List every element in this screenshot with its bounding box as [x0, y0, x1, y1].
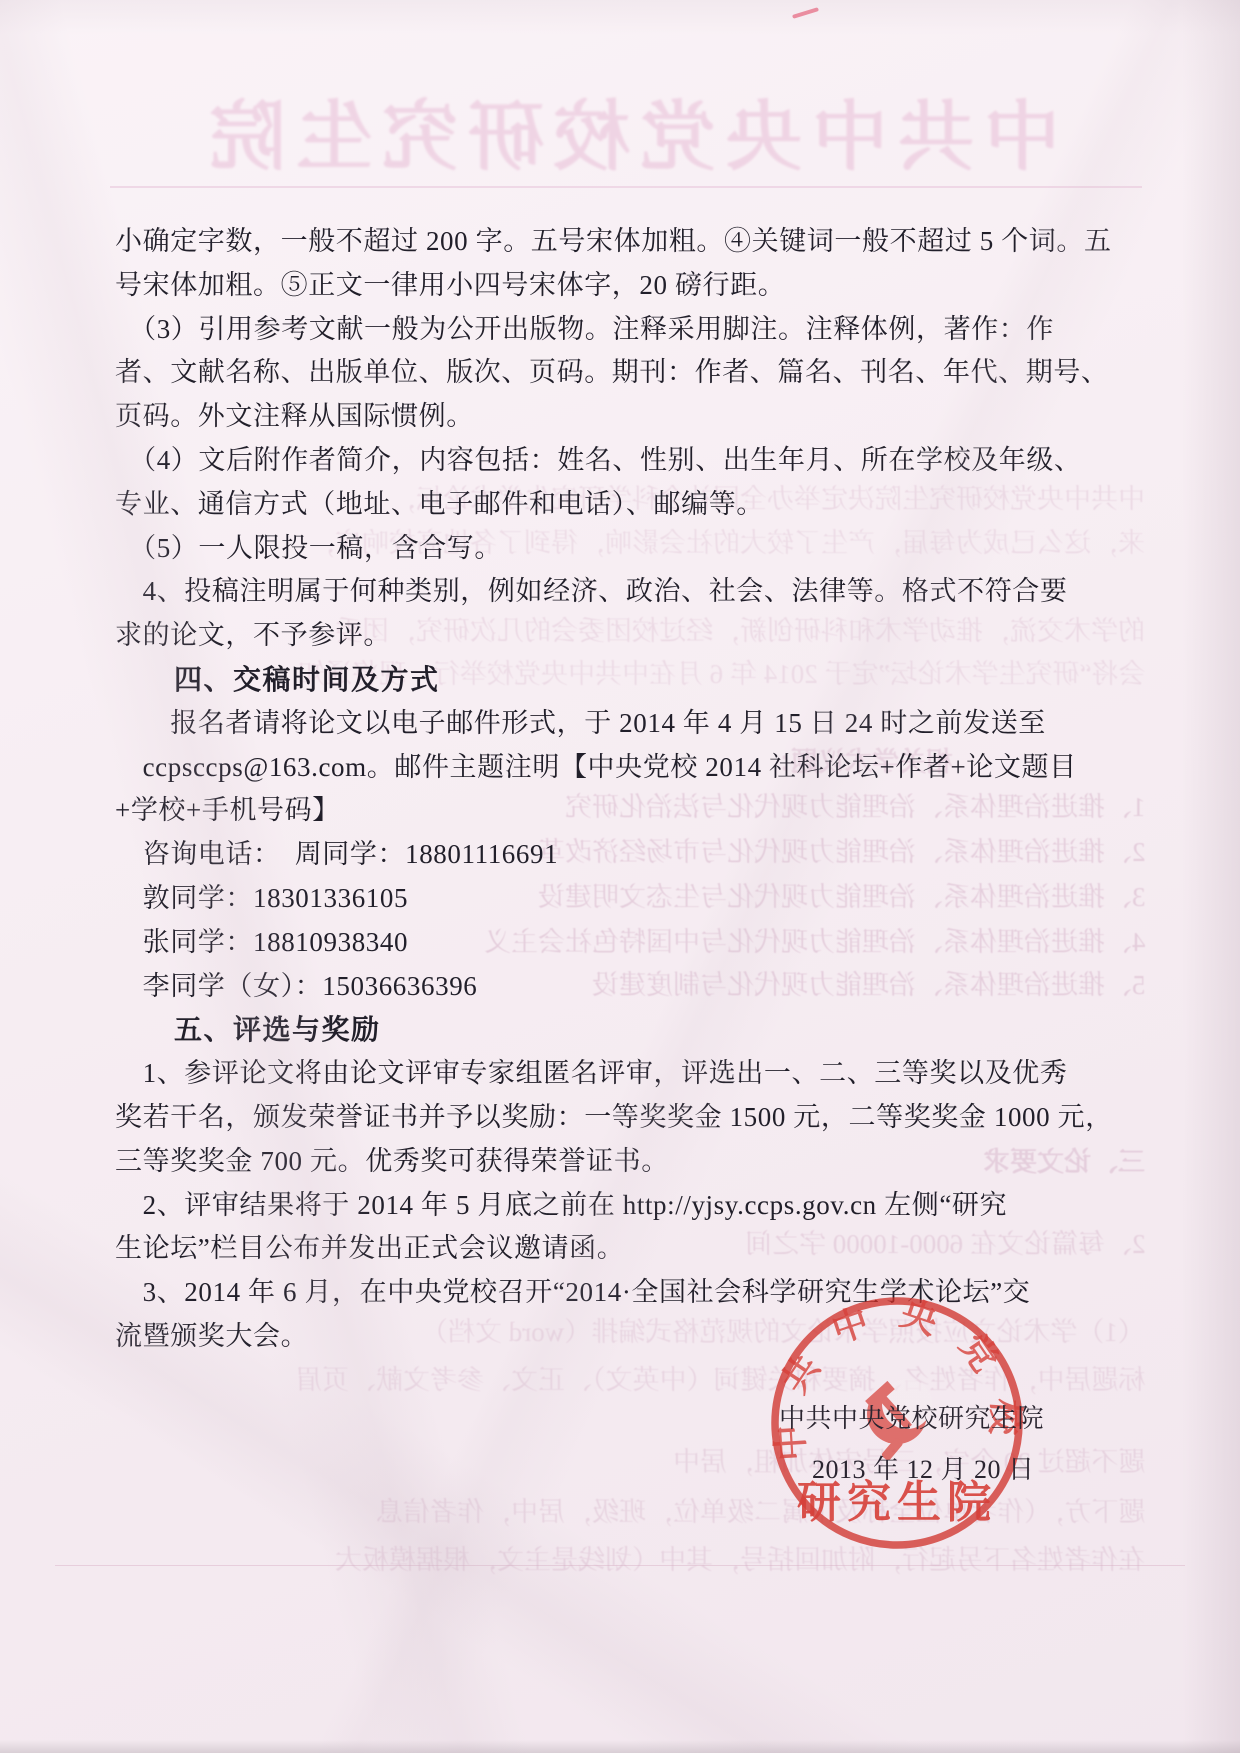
- bleedthrough-letterhead: 中共中央党校研究生院: [160, 76, 1060, 185]
- text-line: 生论坛”栏目公布并发出正式会议邀请函。: [115, 1227, 1125, 1271]
- text-line: 2、评审结果将于 2014 年 5 月底之前在 http://yjsy.ccps…: [115, 1184, 1125, 1228]
- section-heading-line: 四、交稿时间及方式: [115, 658, 1125, 702]
- text-line: （3）引用参考文献一般为公开出版物。注释采用脚注。注释体例，著作：作: [115, 308, 1125, 352]
- text-line: 敦同学：18301336105: [115, 877, 1125, 921]
- text-line: 专业、通信方式（地址、电子邮件和电话）、邮编等。: [115, 483, 1125, 527]
- signature-organization: 中共中央党校研究生院: [779, 1398, 1044, 1435]
- text-line: 张同学：18810938340: [115, 921, 1125, 965]
- text-line: 求的论文，不予参评。: [115, 614, 1125, 658]
- text-line: 报名者请将论文以电子邮件形式，于 2014 年 4 月 15 日 24 时之前发…: [115, 702, 1125, 746]
- text-line: 4、投稿注明属于何种类别，例如经济、政治、社会、法律等。格式不符合要: [115, 570, 1125, 614]
- text-line: 者、文献名称、出版单位、版次、页码。期刊：作者、篇名、刊名、年代、期号、: [115, 351, 1125, 395]
- signature-date: 2013 年 12 月 20 日: [812, 1449, 1035, 1486]
- text-line: +学校+手机号码】: [115, 789, 1125, 833]
- bleedthrough-letterhead-rule: [110, 186, 1142, 188]
- scanned-document-page: 中共中央党校研究生院 中共中央党校研究生院决定举办全国社会科学研究生学术论坛，来…: [0, 0, 1240, 1753]
- text-line: ccpsccps@163.com。邮件主题注明【中央党校 2014 社科论坛+作…: [115, 746, 1125, 790]
- text-line: 1、参评论文将由论文评审专家组匿名评审，评选出一、二、三等奖以及优秀: [115, 1052, 1125, 1096]
- text-line: （5）一人限投一稿，含合写。: [115, 527, 1125, 571]
- section-heading-line: 五、评选与奖励: [115, 1008, 1125, 1052]
- paper-crease-line: [55, 1565, 1185, 1566]
- text-line: 小确定字数，一般不超过 200 字。五号宋体加粗。④关键词一般不超过 5 个词。…: [115, 220, 1125, 264]
- text-line: 三等奖奖金 700 元。优秀奖可获得荣誉证书。: [115, 1140, 1125, 1184]
- text-line: （4）文后附作者简介，内容包括：姓名、性别、出生年月、所在学校及年级、: [115, 439, 1125, 483]
- text-line: 李同学（女）：15036636396: [115, 965, 1125, 1009]
- text-line: 奖若干名，颁发荣誉证书并予以奖励：一等奖奖金 1500 元，二等奖奖金 1000…: [115, 1096, 1125, 1140]
- body-text: 小确定字数，一般不超过 200 字。五号宋体加粗。④关键词一般不超过 5 个词。…: [115, 220, 1125, 1359]
- text-line: 页码。外文注释从国际惯例。: [115, 395, 1125, 439]
- red-pen-mark: [792, 7, 819, 19]
- text-line: 咨询电话： 周同学：18801116691: [115, 833, 1125, 877]
- text-line: 号宋体加粗。⑤正文一律用小四号宋体字，20 磅行距。: [115, 264, 1125, 308]
